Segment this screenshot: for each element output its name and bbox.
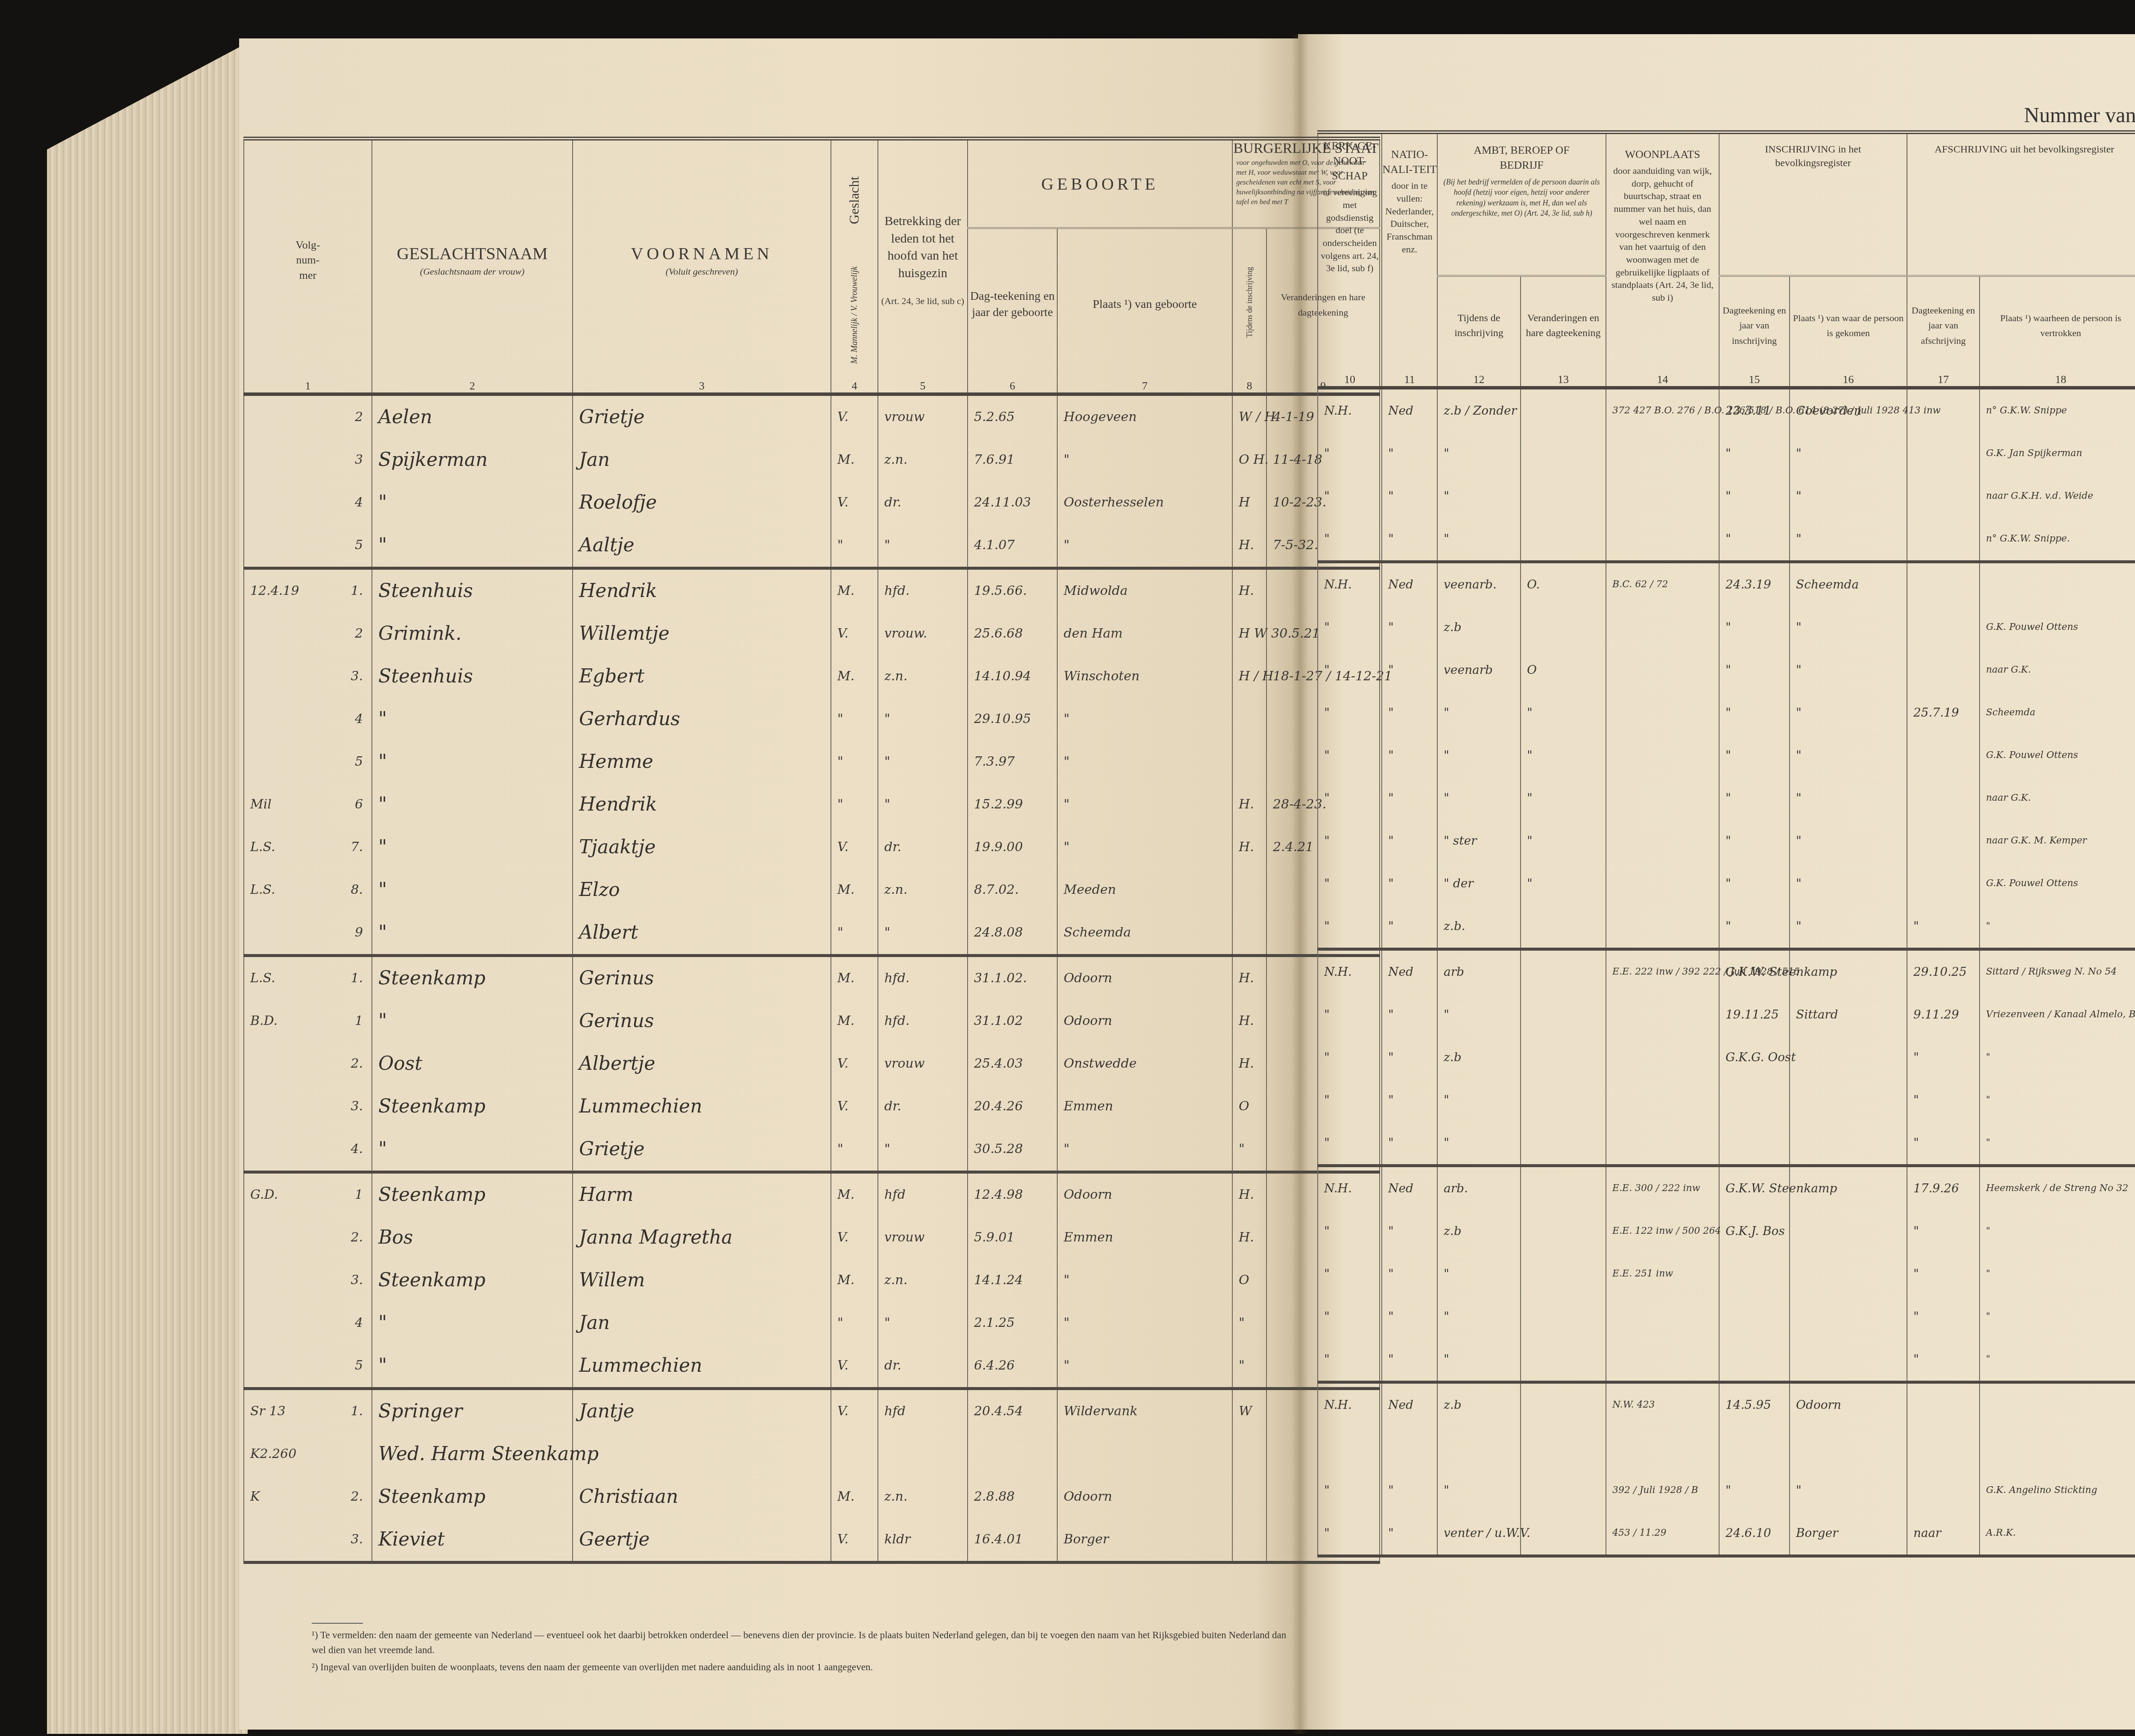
nat-value: " [1382,691,1437,734]
civ-value: H. [1233,570,1266,612]
register-cell: 6.4.26 [968,1344,1057,1389]
in-from-value [1790,1210,1907,1253]
sex-value: " [831,911,877,954]
nat-value: " [1382,649,1437,691]
register-cell: G.K. Pouwel Ottens [1980,734,2135,777]
register-row: """E.E. 251 inw"" [1318,1253,2135,1295]
register-cell: " [1382,649,1437,691]
rel-value: vrouw [878,396,967,439]
register-cell: 2.8.88 [968,1475,1057,1518]
rel-value: z.n. [878,439,967,481]
church-value: " [1318,862,1381,905]
out-to-value: G.K. Jan Spijkerman [1980,432,2135,475]
register-cell: " [1318,905,1382,949]
address-value [1606,862,1719,905]
register-cell: Albert [573,911,831,956]
job-value: " [1438,475,1520,518]
out-to-value: naar G.K. [1980,777,2135,820]
job-value: veenarb [1438,649,1520,691]
register-cell: " [1521,734,1606,777]
register-cell: H. [1232,1000,1266,1042]
register-cell [1521,1338,1606,1382]
out-date-value [1907,1384,1979,1426]
register-cell [1719,1426,1790,1469]
register-cell: " [1382,1121,1437,1166]
register-row: K2.260Wed. Harm Steenkamp [244,1433,1380,1475]
register-cell: G.D.1 [244,1172,372,1217]
register-cell: naar G.K.H. v.d. Weide [1980,475,2135,518]
register-cell: " [1790,691,1907,734]
register-cell [1606,862,1719,905]
register-cell: " [1382,606,1437,649]
register-cell: " [1318,1079,1382,1121]
job-change-value [1521,1253,1606,1295]
row-number: 8. [351,869,363,911]
register-cell: 19.5.66. [968,568,1057,613]
register-cell [1521,475,1606,518]
col-header-geboorte-plaats: Plaats ¹) van geboorte [1057,228,1232,380]
row-number: 4 [355,1302,363,1344]
register-cell: Borger [1057,1518,1232,1563]
surname-value: " [372,481,572,524]
register-cell: " [1790,475,1907,518]
register-row: 2Grimink.WillemtjeV.vrouw.25.6.68den Ham… [244,612,1380,655]
register-cell: " [1437,1469,1521,1512]
birthplace-value: " [1058,1259,1232,1302]
out-to-value: " [1980,1036,2135,1079]
register-cell: vrouw [878,1042,968,1085]
col-number: 10 [1318,373,1382,388]
register-row: """""naar G.K.H. v.d. WeideA.K." [1318,475,2135,518]
job-change-value [1521,1295,1606,1338]
register-cell: Scheemda [1790,562,1907,606]
register-cell: " [372,826,573,869]
register-cell: K2. [244,1475,372,1518]
register-cell: z.n. [878,869,968,911]
register-cell: Steenhuis [372,655,573,698]
register-cell: " [1318,820,1382,862]
register-cell: " [1318,777,1382,820]
register-cell: " [1382,518,1437,562]
birthplace-value: " [1058,698,1232,741]
register-cell: W / H [1232,394,1266,439]
register-cell: " [1719,432,1790,475]
register-cell: arb [1437,949,1521,994]
birthplace-value: " [1058,826,1232,869]
out-to-value [1980,563,2135,606]
birthplace-value: Oosterhesselen [1058,481,1232,524]
job-change-value: " [1521,734,1606,777]
register-cell: " [1719,606,1790,649]
register-cell: G.K.G. Oost [1719,1036,1790,1079]
register-cell: " [1790,862,1907,905]
register-cell: naar [1907,1512,1980,1556]
register-cell: Steenkamp [372,1085,573,1128]
register-cell: 8.7.02. [968,869,1057,911]
row-number: 1. [351,957,363,1000]
register-cell [1318,1426,1382,1469]
register-cell: O [1232,1259,1266,1302]
row-number: 5 [355,741,363,783]
register-cell: 372 427 B.O. 276 / B.O. 126/518 / B.O. 6… [1606,388,1719,432]
in-date-value: G.K.W. Steenkamp [1720,951,1789,993]
register-cell: Kieviet [372,1518,573,1563]
register-cell: G.K. Angelino Stickting [1980,1469,2135,1512]
register-cell: " [878,783,968,826]
register-cell: " [1790,1469,1907,1512]
job-value: " [1438,1121,1520,1164]
register-cell: Sr 131. [244,1389,372,1433]
register-cell: " [372,741,573,783]
col-header-ambt-tijdens: Tijdens de inschrijving [1437,276,1521,373]
register-cell: " [1719,862,1790,905]
col-header-volgnummer: Volg- num- mer [244,139,372,380]
margin-note: L.S. [250,957,275,1000]
out-to-value: " [1980,905,2135,948]
born-value: 19.9.00 [968,826,1057,869]
register-cell: Aaltje [573,524,831,568]
register-cell: H. [1232,826,1266,869]
rel-value: dr. [878,1344,967,1387]
born-value: 24.8.08 [968,911,1057,954]
job-change-value [1521,475,1606,518]
in-date-value: 24.3.19 [1720,563,1789,606]
job-value [1438,1426,1520,1469]
address-value: 453 / 11.29 [1606,1512,1719,1554]
job-change-value: " [1521,777,1606,820]
out-date-value: naar [1907,1512,1979,1554]
register-cell: Ned [1382,1382,1437,1427]
civ-value [1233,741,1266,783]
register-cell: " [1719,905,1790,949]
register-cell: M. [831,1259,878,1302]
church-value: " [1318,1036,1381,1079]
civ-value: H. [1233,1174,1266,1216]
register-cell: N.H. [1318,562,1382,606]
register-cell: 14.1.24 [968,1259,1057,1302]
given-value: Gerhardus [573,698,831,741]
register-body-right: N.H.Nedz.b / Zonder372 427 B.O. 276 / B.… [1318,388,2135,1556]
register-cell: A.R.K. [1980,1512,2135,1556]
register-cell: 9.11.29 [1907,993,1980,1036]
col-number: 15 [1719,373,1790,388]
job-value: z.b [1438,606,1520,649]
nat-value: Ned [1382,951,1437,993]
out-to-value: A.R.K. [1980,1512,2135,1554]
in-from-value: Borger [1790,1512,1907,1554]
civ-value: H. [1233,1000,1266,1042]
church-value: " [1318,734,1381,777]
in-date-value [1720,1295,1789,1338]
surname-value: " [372,1128,572,1171]
register-cell [1521,1253,1606,1295]
register-cell: " [1318,1036,1382,1079]
address-value [1606,1079,1719,1121]
register-cell [1907,734,1980,777]
out-date-value [1907,432,1979,475]
address-value [1606,905,1719,948]
col-header-ambt-veranderingen: Veranderingen en hare dagteekening [1521,276,1606,373]
register-cell: Wildervank [1057,1389,1232,1433]
register-row: 12.4.191.SteenhuisHendrikM.hfd.19.5.66.M… [244,568,1380,613]
nat-value: " [1382,734,1437,777]
birthplace-value: " [1058,1302,1232,1344]
register-cell [1606,691,1719,734]
register-cell: n° G.K.W. Snippe [1980,388,2135,432]
col-group-afschrijving: AFSCHRIJVING uit het bevolkingsregister [1907,132,2135,276]
register-cell: M. [831,439,878,481]
register-cell: " [1382,905,1437,949]
row-number: 5 [355,524,363,567]
address-value [1606,1036,1719,1079]
given-value: Hendrik [573,570,831,612]
out-date-value: 9.11.29 [1907,993,1979,1036]
address-value [1606,734,1719,777]
out-date-value: " [1907,1210,1979,1253]
in-date-value: " [1720,432,1789,475]
job-value: " [1438,518,1520,560]
sex-value: M. [831,655,877,698]
register-cell [1790,1338,1907,1382]
register-cell: 3. [244,1259,372,1302]
register-cell [1606,475,1719,518]
register-cell: " [1318,993,1382,1036]
register-row [1318,1426,2135,1469]
register-cell: H. [1232,568,1266,613]
register-cell: E.E. 251 inw [1606,1253,1719,1295]
birthplace-value: " [1058,439,1232,481]
register-cell [1232,869,1266,911]
in-from-value [1790,1079,1907,1121]
register-cell: " [1980,1210,2135,1253]
register-cell [1606,518,1719,562]
rel-value: " [878,741,967,783]
register-cell [1790,1253,1907,1295]
register-row: 5"Hemme""7.3.97" [244,741,1380,783]
surname-value: " [372,698,572,741]
register-cell: G.K.J. Bos [1719,1210,1790,1253]
register-cell: " [372,1344,573,1389]
given-value: Grietje [573,396,831,439]
row-number: 1. [351,1390,363,1433]
register-cell: Janna Magretha [573,1216,831,1259]
register-cell: 5 [244,741,372,783]
col-header-kerkgenootschap: KERK-GE-NOOT-SCHAP of vereeniging met go… [1318,132,1382,374]
register-cell: Spijkerman [372,439,573,481]
register-cell: 2.1.25 [968,1302,1057,1344]
register-cell [573,1433,831,1475]
register-row: B.D.1"GerinusM.hfd.31.1.02OdoornH. [244,1000,1380,1042]
register-row: L.S.8."ElzoM.z.n.8.7.02.Meeden [244,869,1380,911]
register-cell: 4. [244,1128,372,1172]
register-cell: H. [1232,1216,1266,1259]
born-value: 24.11.03 [968,481,1057,524]
sex-value: V. [831,481,877,524]
register-cell: 24.6.10 [1719,1512,1790,1556]
register-cell: Oost [372,1042,573,1085]
register-cell [1521,518,1606,562]
row-number: 5 [355,1344,363,1387]
register-cell: O [1521,649,1606,691]
register-cell: " [1980,1121,2135,1166]
surname-value: Spijkerman [372,439,572,481]
out-to-value: naar G.K. [1980,649,2135,691]
nat-value: " [1382,1210,1437,1253]
sex-value: " [831,783,877,826]
register-cell: N.H. [1318,1382,1382,1427]
register-cell: V. [831,394,878,439]
register-cell: M. [831,568,878,613]
birthplace-value: " [1058,1344,1232,1387]
register-cell: " [1382,1295,1437,1338]
given-value: Jan [573,1302,831,1344]
register-cell [1521,1079,1606,1121]
out-to-value: naar G.K.H. v.d. Weide [1980,475,2135,518]
sex-value: M. [831,1475,877,1518]
register-cell [1907,606,1980,649]
born-value: 31.1.02. [968,957,1057,1000]
row-number: 1 [355,1174,363,1216]
rel-value: " [878,911,967,954]
col-header-geslachtsnaam: GESLACHTSNAAM (Geslachtsnaam der vrouw) [372,139,573,380]
register-cell [1232,911,1266,956]
register-cell: " [1057,698,1232,741]
register-cell [1521,1121,1606,1166]
in-date-value: " [1720,691,1789,734]
register-cell: M. [831,956,878,1000]
church-value: " [1318,1079,1381,1121]
register-cell [1606,734,1719,777]
row-number: 2 [355,396,363,439]
sex-value: M. [831,1259,877,1302]
church-value: N.H. [1318,951,1381,993]
register-cell: 31.1.02 [968,1000,1057,1042]
register-cell: " [1437,518,1521,562]
register-cell: " [1980,1338,2135,1382]
register-cell: Meeden [1057,869,1232,911]
job-change-value [1521,389,1606,432]
born-value: 6.4.26 [968,1344,1057,1387]
in-from-value [1790,1295,1907,1338]
register-cell: " [1790,606,1907,649]
register-cell: " [1437,1079,1521,1121]
in-from-value: Sittard [1790,993,1907,1036]
in-date-value: 19.11.25 [1720,993,1789,1036]
register-row: G.D.1SteenkampHarmM.hfd12.4.98OdoornH. [244,1172,1380,1217]
register-row: Mil6"Hendrik""15.2.99"H.28-4-23. [244,783,1380,826]
sex-value: M. [831,1000,877,1042]
given-value: Janna Magretha [573,1216,831,1259]
register-row: """""n° G.K.W. Snippe." [1318,518,2135,562]
rel-value: kldr [878,1518,967,1561]
register-cell: " [372,524,573,568]
register-cell: 31.1.02. [968,956,1057,1000]
register-cell: " [878,1128,968,1172]
born-value: 31.1.02 [968,1000,1057,1042]
born-value: 14.1.24 [968,1259,1057,1302]
nat-value: " [1382,1036,1437,1079]
civ-value [1233,1518,1266,1561]
born-value: 7.3.97 [968,741,1057,783]
born-value: 14.10.94 [968,655,1057,698]
register-cell: 4.1.07 [968,524,1057,568]
nat-value [1382,1426,1437,1469]
born-value: 5.2.65 [968,396,1057,439]
given-value: Lummechien [573,1085,831,1128]
register-row: 5"LummechienV.dr.6.4.26"" [244,1344,1380,1389]
born-value: 20.4.54 [968,1390,1057,1433]
register-cell: " [1382,777,1437,820]
register-cell: " [1318,432,1382,475]
row-number: 9 [355,911,363,954]
in-from-value: " [1790,734,1907,777]
register-cell: 14.10.94 [968,655,1057,698]
register-cell: " [1790,518,1907,562]
born-value: 7.6.91 [968,439,1057,481]
register-cell: B.C. 62 / 72 [1606,562,1719,606]
register-cell: vrouw [878,394,968,439]
register-cell [878,1433,968,1475]
register-cell: E.E. 222 inw / 392 222 / Juli 1928 / 515 [1606,949,1719,994]
nat-value: " [1382,1295,1437,1338]
born-value: 20.4.26 [968,1085,1057,1128]
in-date-value: G.K.J. Bos [1720,1210,1789,1253]
in-date-value: " [1720,475,1789,518]
register-cell: " [1382,1338,1437,1382]
register-cell: " [878,911,968,956]
register-cell: 4 [244,1302,372,1344]
register-cell [1606,1079,1719,1121]
civ-value [1233,869,1266,911]
register-cell [1980,1382,2135,1427]
register-cell: dr. [878,826,968,869]
church-value: N.H. [1318,563,1381,606]
register-row: 3.SteenhuisEgbertM.z.n.14.10.94Winschote… [244,655,1380,698]
register-cell: Willemtje [573,612,831,655]
given-value: Harm [573,1174,831,1216]
job-change-value [1521,1167,1606,1210]
register-cell: " [1232,1302,1266,1344]
sex-value: M. [831,869,877,911]
register-cell: N.H. [1318,949,1382,994]
rel-value: hfd [878,1390,967,1433]
register-cell: Odoorn [1057,1000,1232,1042]
register-cell [1980,1426,2135,1469]
birthplace-value: Onstwedde [1058,1042,1232,1085]
register-row: ""z.b""G.K. Pouwel Ottens" [1318,606,2135,649]
nat-value: " [1382,432,1437,475]
rel-value: " [878,1128,967,1171]
register-cell: " ster [1437,820,1521,862]
register-cell: naar G.K. [1980,649,2135,691]
given-value: Elzo [573,869,831,911]
rel-value: hfd. [878,1000,967,1042]
register-cell: " [1382,1512,1437,1556]
register-cell: z.b [1437,1382,1521,1427]
register-row: L.S.7."TjaaktjeV.dr.19.9.00"H.2.4.21 [244,826,1380,869]
col-header-voornamen: VOORNAMEN (Voluit geschreven) [573,139,831,380]
nat-value: " [1382,1121,1437,1164]
civ-value: H. [1233,957,1266,1000]
register-cell: 9 [244,911,372,956]
in-date-value: " [1720,1469,1789,1512]
register-cell [1521,1295,1606,1338]
out-date-value: 29.10.25 [1907,951,1979,993]
in-from-value: " [1790,518,1907,560]
register-cell: 12.4.191. [244,568,372,613]
register-cell [831,1433,878,1475]
register-cell: V. [831,826,878,869]
